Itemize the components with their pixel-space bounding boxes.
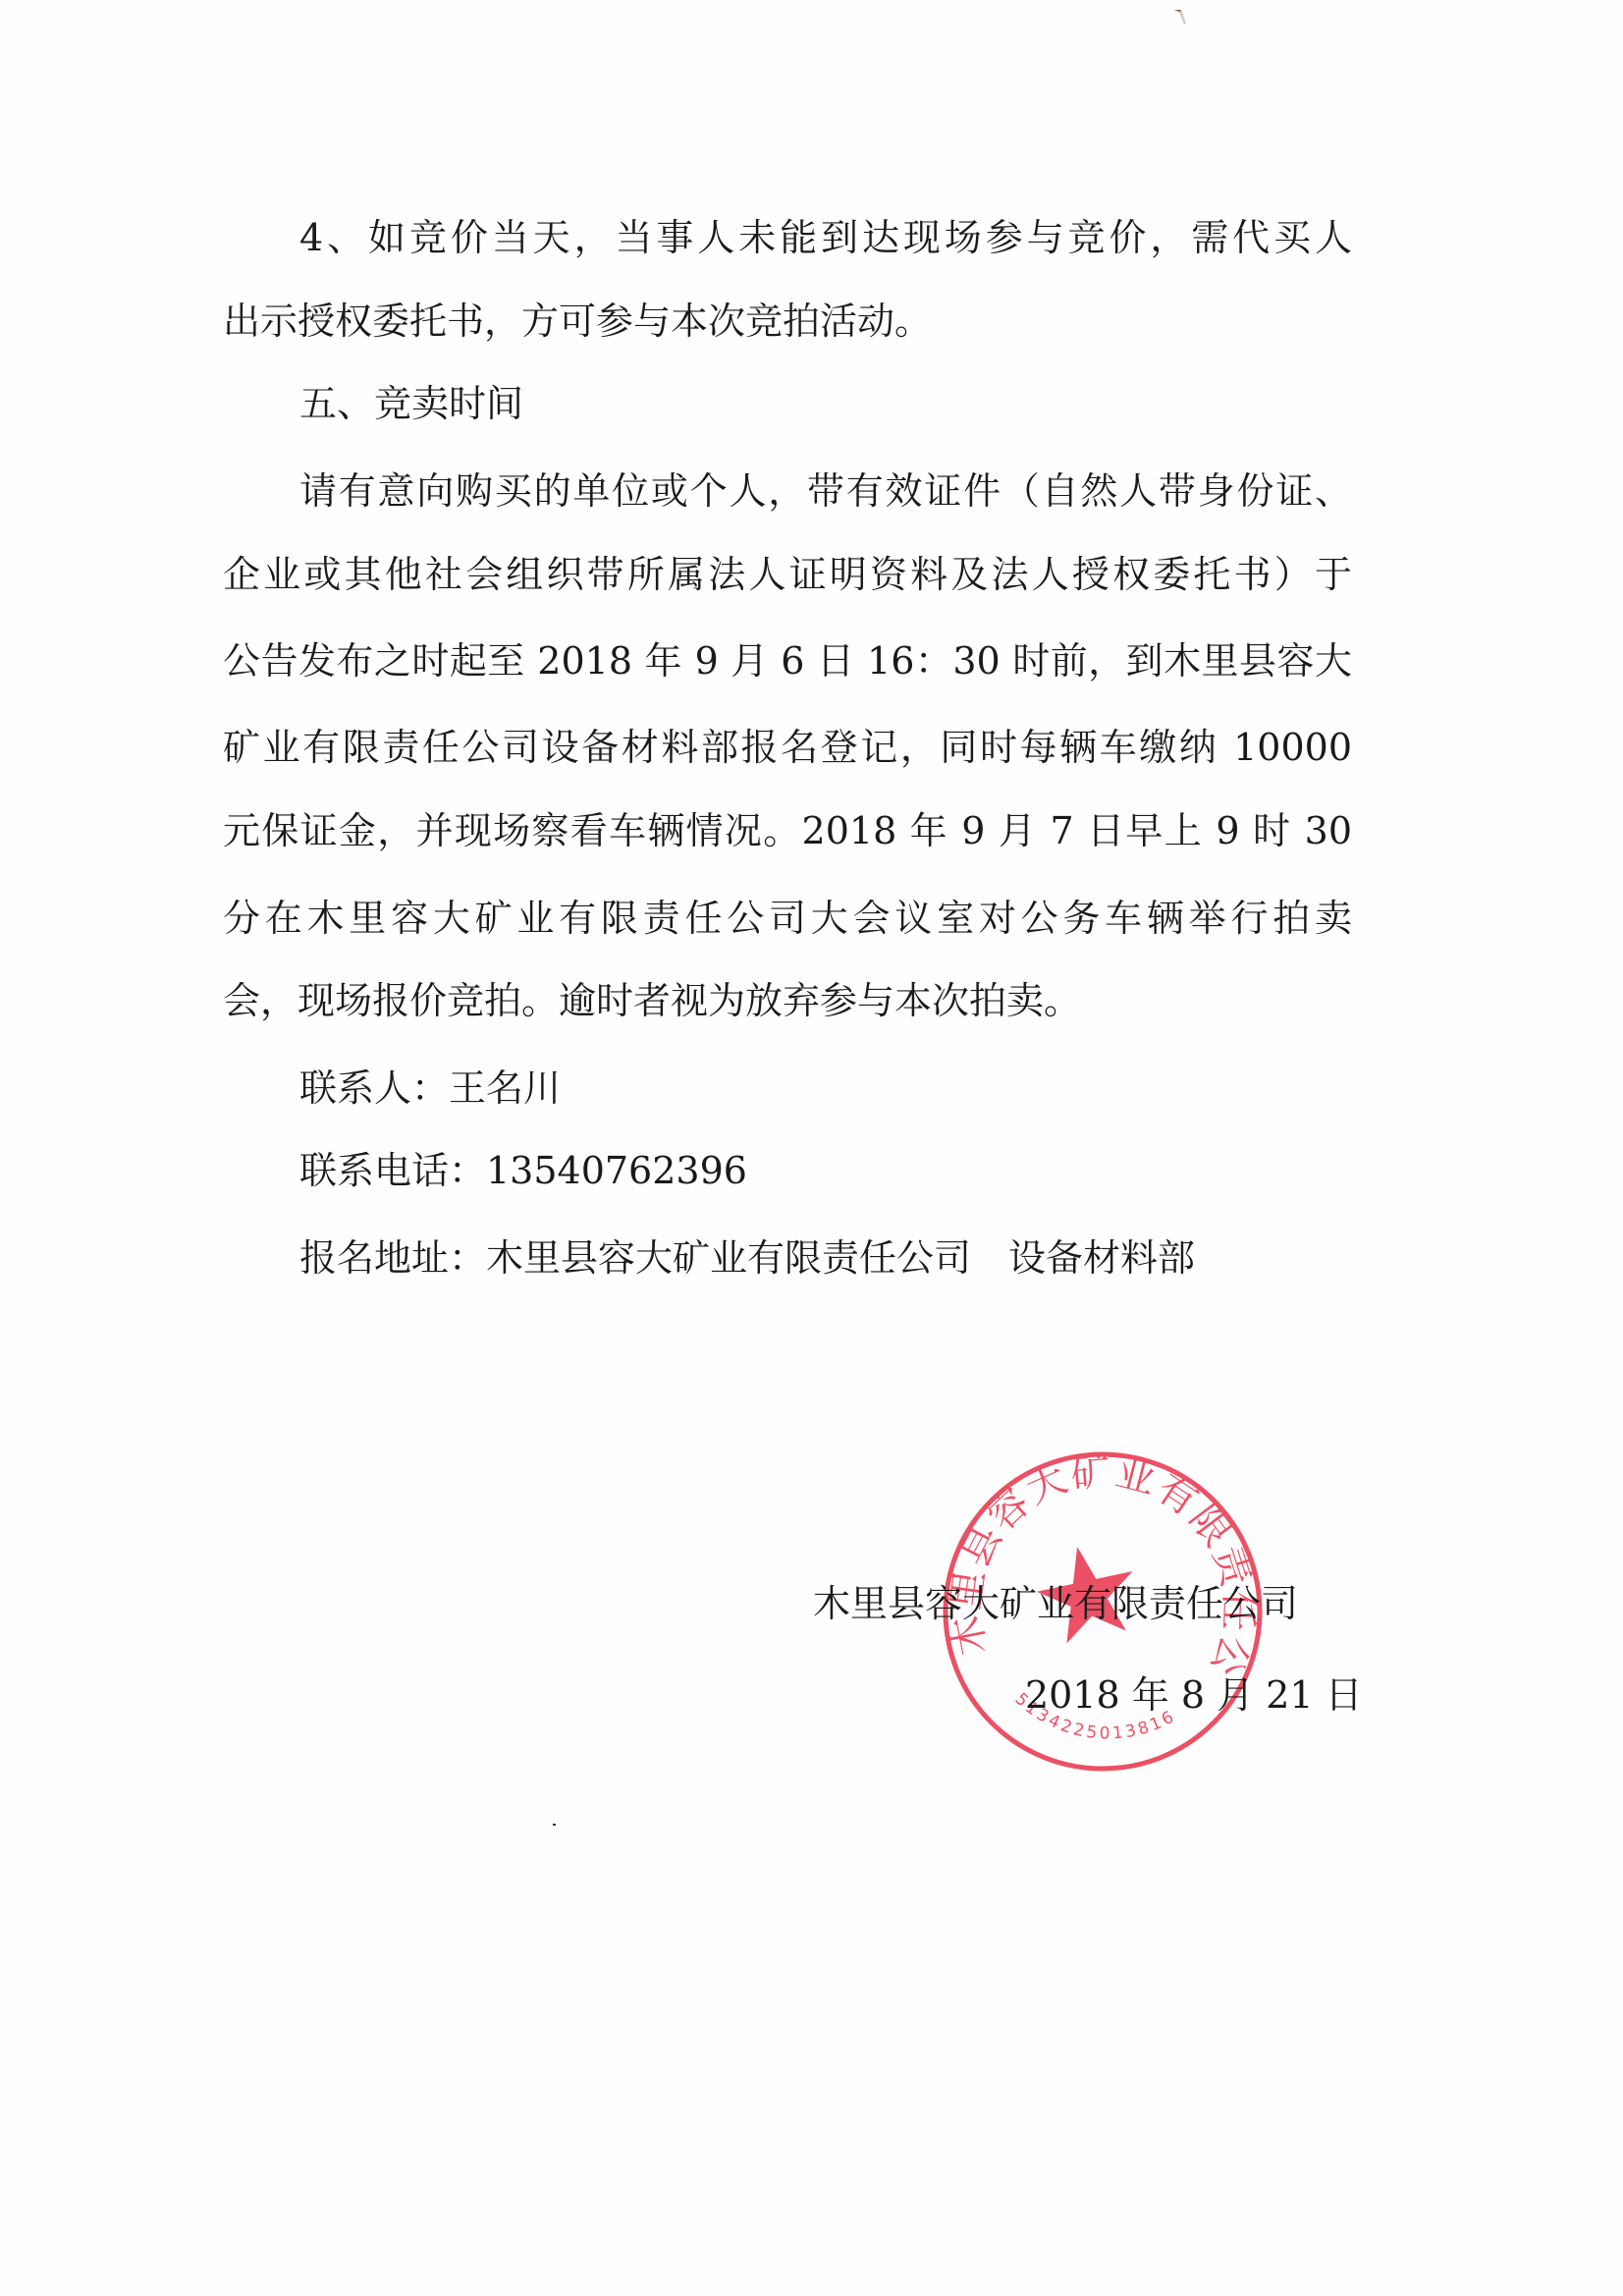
contact-phone: 联系电话：13540762396 bbox=[299, 1147, 747, 1194]
paragraph-line: 企业或其他社会组织带所属法人证明资料及法人授权委托书）于 bbox=[223, 551, 1352, 598]
item-4-line-2: 出示授权委托书，方可参与本次竞拍活动。 bbox=[223, 298, 932, 345]
registration-address: 报名地址：木里县容大矿业有限责任公司 设备材料部 bbox=[299, 1234, 1195, 1282]
paragraph-line: 矿业有限责任公司设备材料部报名登记，同时每辆车缴纳 10000 bbox=[223, 724, 1352, 771]
section-5-heading: 五、竞卖时间 bbox=[299, 380, 523, 427]
paragraph-line: 会，现场报价竞拍。逾时者视为放弃参与本次拍卖。 bbox=[223, 977, 1081, 1024]
paragraph-line: 公告发布之时起至 2018 年 9 月 6 日 16：30 时前，到木里县容大 bbox=[223, 637, 1352, 684]
scan-artifact-mark bbox=[1174, 8, 1188, 26]
document-page: 4、如竞价当天，当事人未能到达现场参与竞价，需代买人 出示授权委托书，方可参与本… bbox=[0, 0, 1623, 2296]
signature-company: 木里县容大矿业有限责任公司 bbox=[813, 1580, 1298, 1627]
scan-speck bbox=[553, 1824, 556, 1826]
paragraph-line: 请有意向购买的单位或个人，带有效证件（自然人带身份证、 bbox=[299, 467, 1352, 515]
svg-text:木里县容大矿业有限责任公司: 木里县容大矿业有限责任公司 bbox=[941, 1449, 1262, 1684]
paragraph-line: 分在木里容大矿业有限责任公司大会议室对公务车辆举行拍卖 bbox=[223, 895, 1352, 942]
item-4-line-1: 4、如竞价当天，当事人未能到达现场参与竞价，需代买人 bbox=[299, 214, 1352, 261]
contact-person: 联系人：王名川 bbox=[299, 1065, 561, 1112]
paragraph-line: 元保证金，并现场察看车辆情况。2018 年 9 月 7 日早上 9 时 30 bbox=[223, 807, 1352, 854]
signature-date: 2018 年 8 月 21 日 bbox=[1025, 1671, 1363, 1719]
